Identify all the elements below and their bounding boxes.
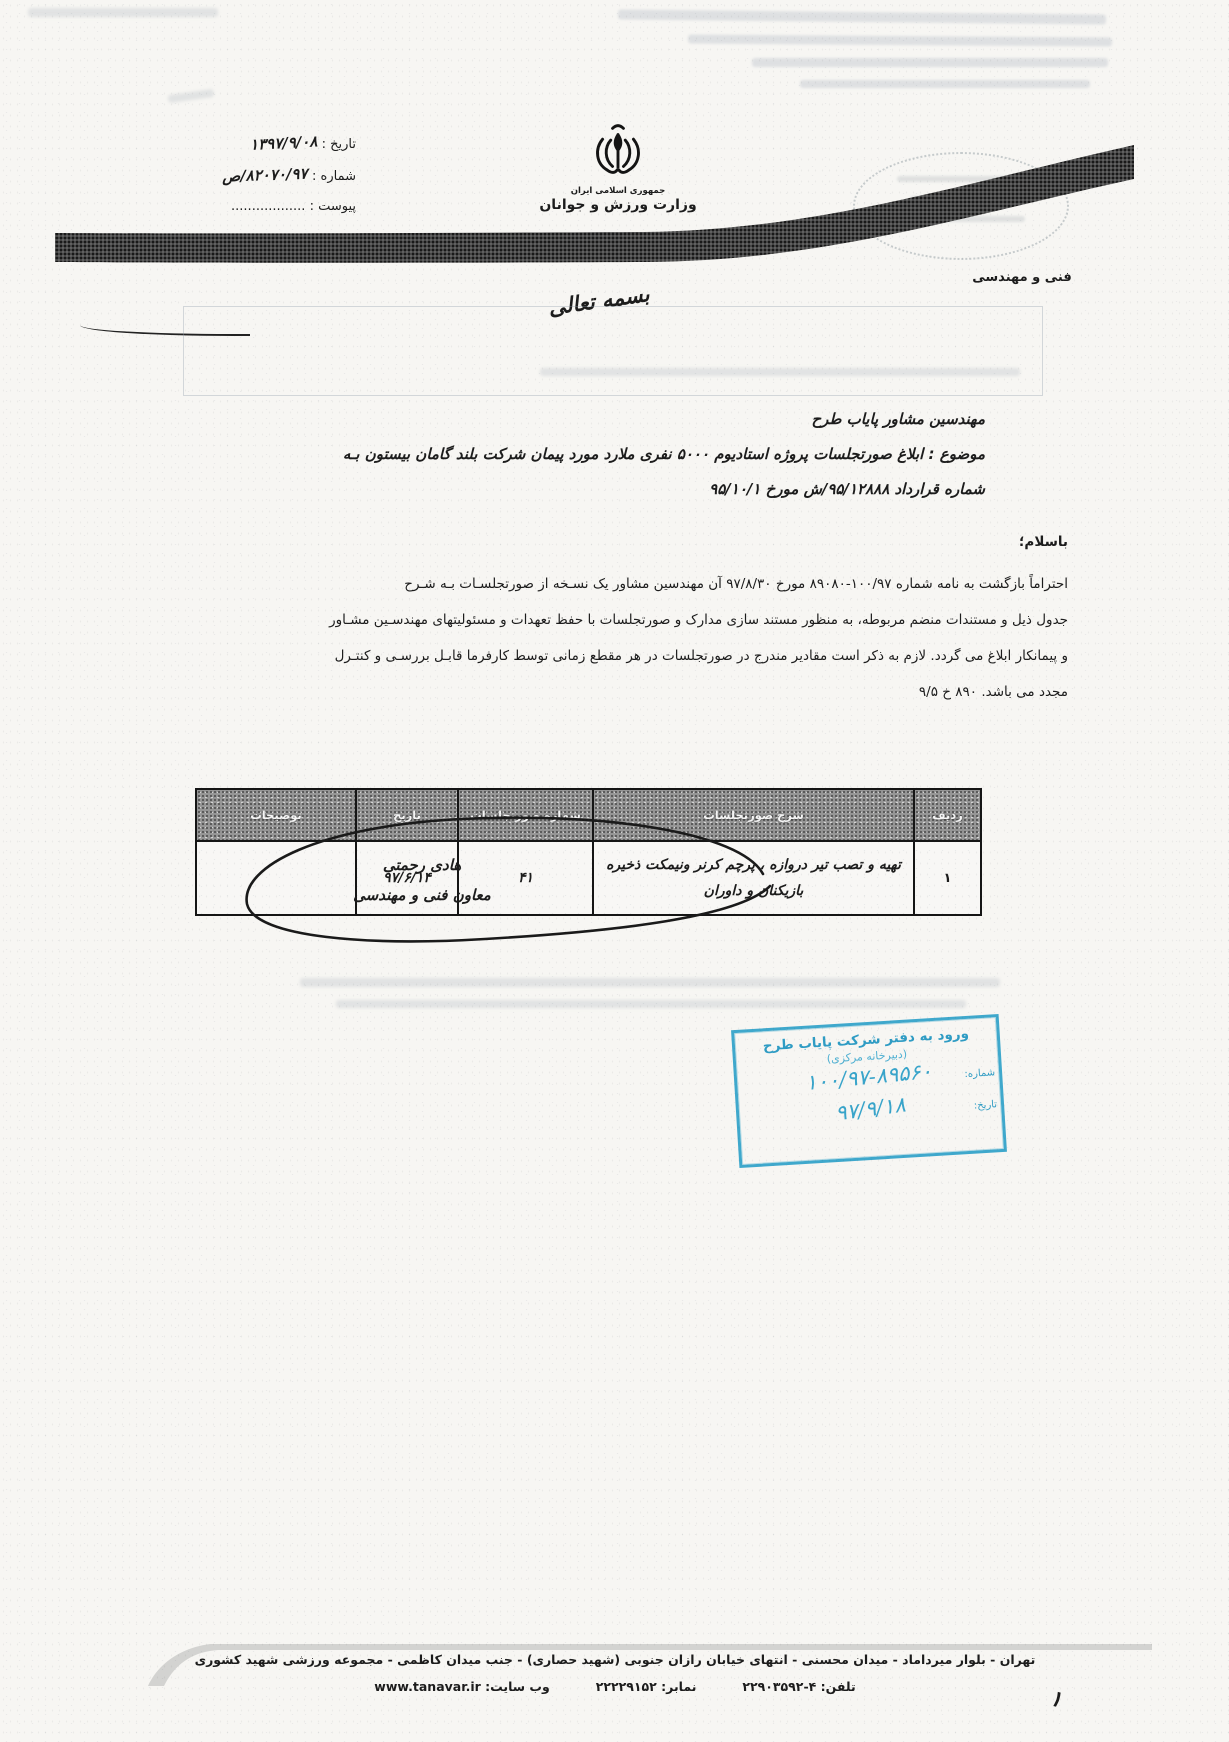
ghost-box-artifact — [183, 306, 1043, 396]
subject-line-1: موضوع : ابلاغ صورتجلسات پروژه استادیوم ۵… — [193, 437, 985, 472]
footer: تهران - بلوار میرداماد - میدان محسنی - ا… — [100, 1652, 1130, 1694]
department-label: فنی و مهندسی — [942, 270, 1102, 285]
letter-body: باسلام؛ احتراماً بازگشت به نامه شماره ۱۰… — [146, 534, 1068, 710]
footer-website-row: وب سایت: www.tanavar.ir — [374, 1679, 549, 1694]
receipt-stamp: ورود به دفتر شرکت پایاب طرح (دبیرخانه مر… — [731, 1014, 1007, 1168]
subject-line-2: شماره قرارداد ۹۵/۱۲۸۸۸/ش مورخ ۹۵/۱۰/۱ — [193, 472, 985, 507]
footer-address: تهران - بلوار میرداماد - میدان محسنی - ا… — [100, 1652, 1130, 1667]
signature-block: هادی رحمتی معاون فنی و مهندسی — [292, 850, 552, 910]
ghost-bleed-line — [300, 978, 1000, 987]
ghost-bleed-line — [28, 8, 218, 17]
footer-website-label: وب سایت: — [485, 1679, 550, 1694]
body-line-4: مجدد می باشد. ۸۹۰ خ ۹/۵ — [146, 674, 1068, 710]
footer-phone: تلفن: ۴-۲۲۹۰۳۵۹۲ — [742, 1679, 855, 1694]
footer-contacts: تلفن: ۴-۲۲۹۰۳۵۹۲ نمابر: ۲۲۲۲۹۱۵۲ وب سایت… — [100, 1679, 1130, 1694]
signer-title: معاون فنی و مهندسی — [292, 880, 552, 910]
ghost-bleed-line — [688, 35, 1112, 47]
ghost-bleed-line — [618, 9, 1106, 24]
scanned-letter-page: تاریخ : ۱۳۹۷/۹/۰۸ شماره : ۸۲۰۷۰/۹۷/ص پیو… — [0, 0, 1229, 1742]
ghost-bleed-line — [336, 1000, 966, 1008]
stamp-number-label: شماره: — [964, 1067, 995, 1080]
body-line-2: جدول ذیل و مستندات منضم مربوطه، به منظور… — [146, 602, 1068, 638]
ghost-bleed-line — [752, 58, 1108, 67]
scanner-band-artifact — [52, 133, 1142, 273]
ghost-bleed-line — [168, 89, 215, 103]
footer-website-url: www.tanavar.ir — [374, 1679, 481, 1694]
body-line-1: احتراماً بازگشت به نامه شماره ۱۰۰/۹۷-۸۹۰… — [146, 566, 1068, 602]
ghost-bleed-line — [540, 368, 1020, 376]
cell-radif: ۱ — [914, 841, 981, 915]
body-line-3: و پیمانکار ابلاغ می گردد. لازم به ذکر اس… — [146, 638, 1068, 674]
ghost-bleed-line — [800, 80, 1090, 88]
header-radif: ردیف — [914, 789, 981, 841]
salutation: باسلام؛ — [146, 534, 1068, 550]
stamp-date-label: تاریخ: — [974, 1099, 998, 1111]
heading-block: مهندسین مشاور پایاب طرح موضوع : ابلاغ صو… — [193, 402, 985, 507]
stamp-date-value: ۹۷/۹/۱۸ — [834, 1092, 907, 1125]
footer-fax: نمابر: ۲۲۲۲۹۱۵۲ — [596, 1679, 697, 1694]
signer-name: هادی رحمتی — [292, 850, 552, 880]
recipient-line: مهندسین مشاور پایاب طرح — [193, 402, 985, 437]
